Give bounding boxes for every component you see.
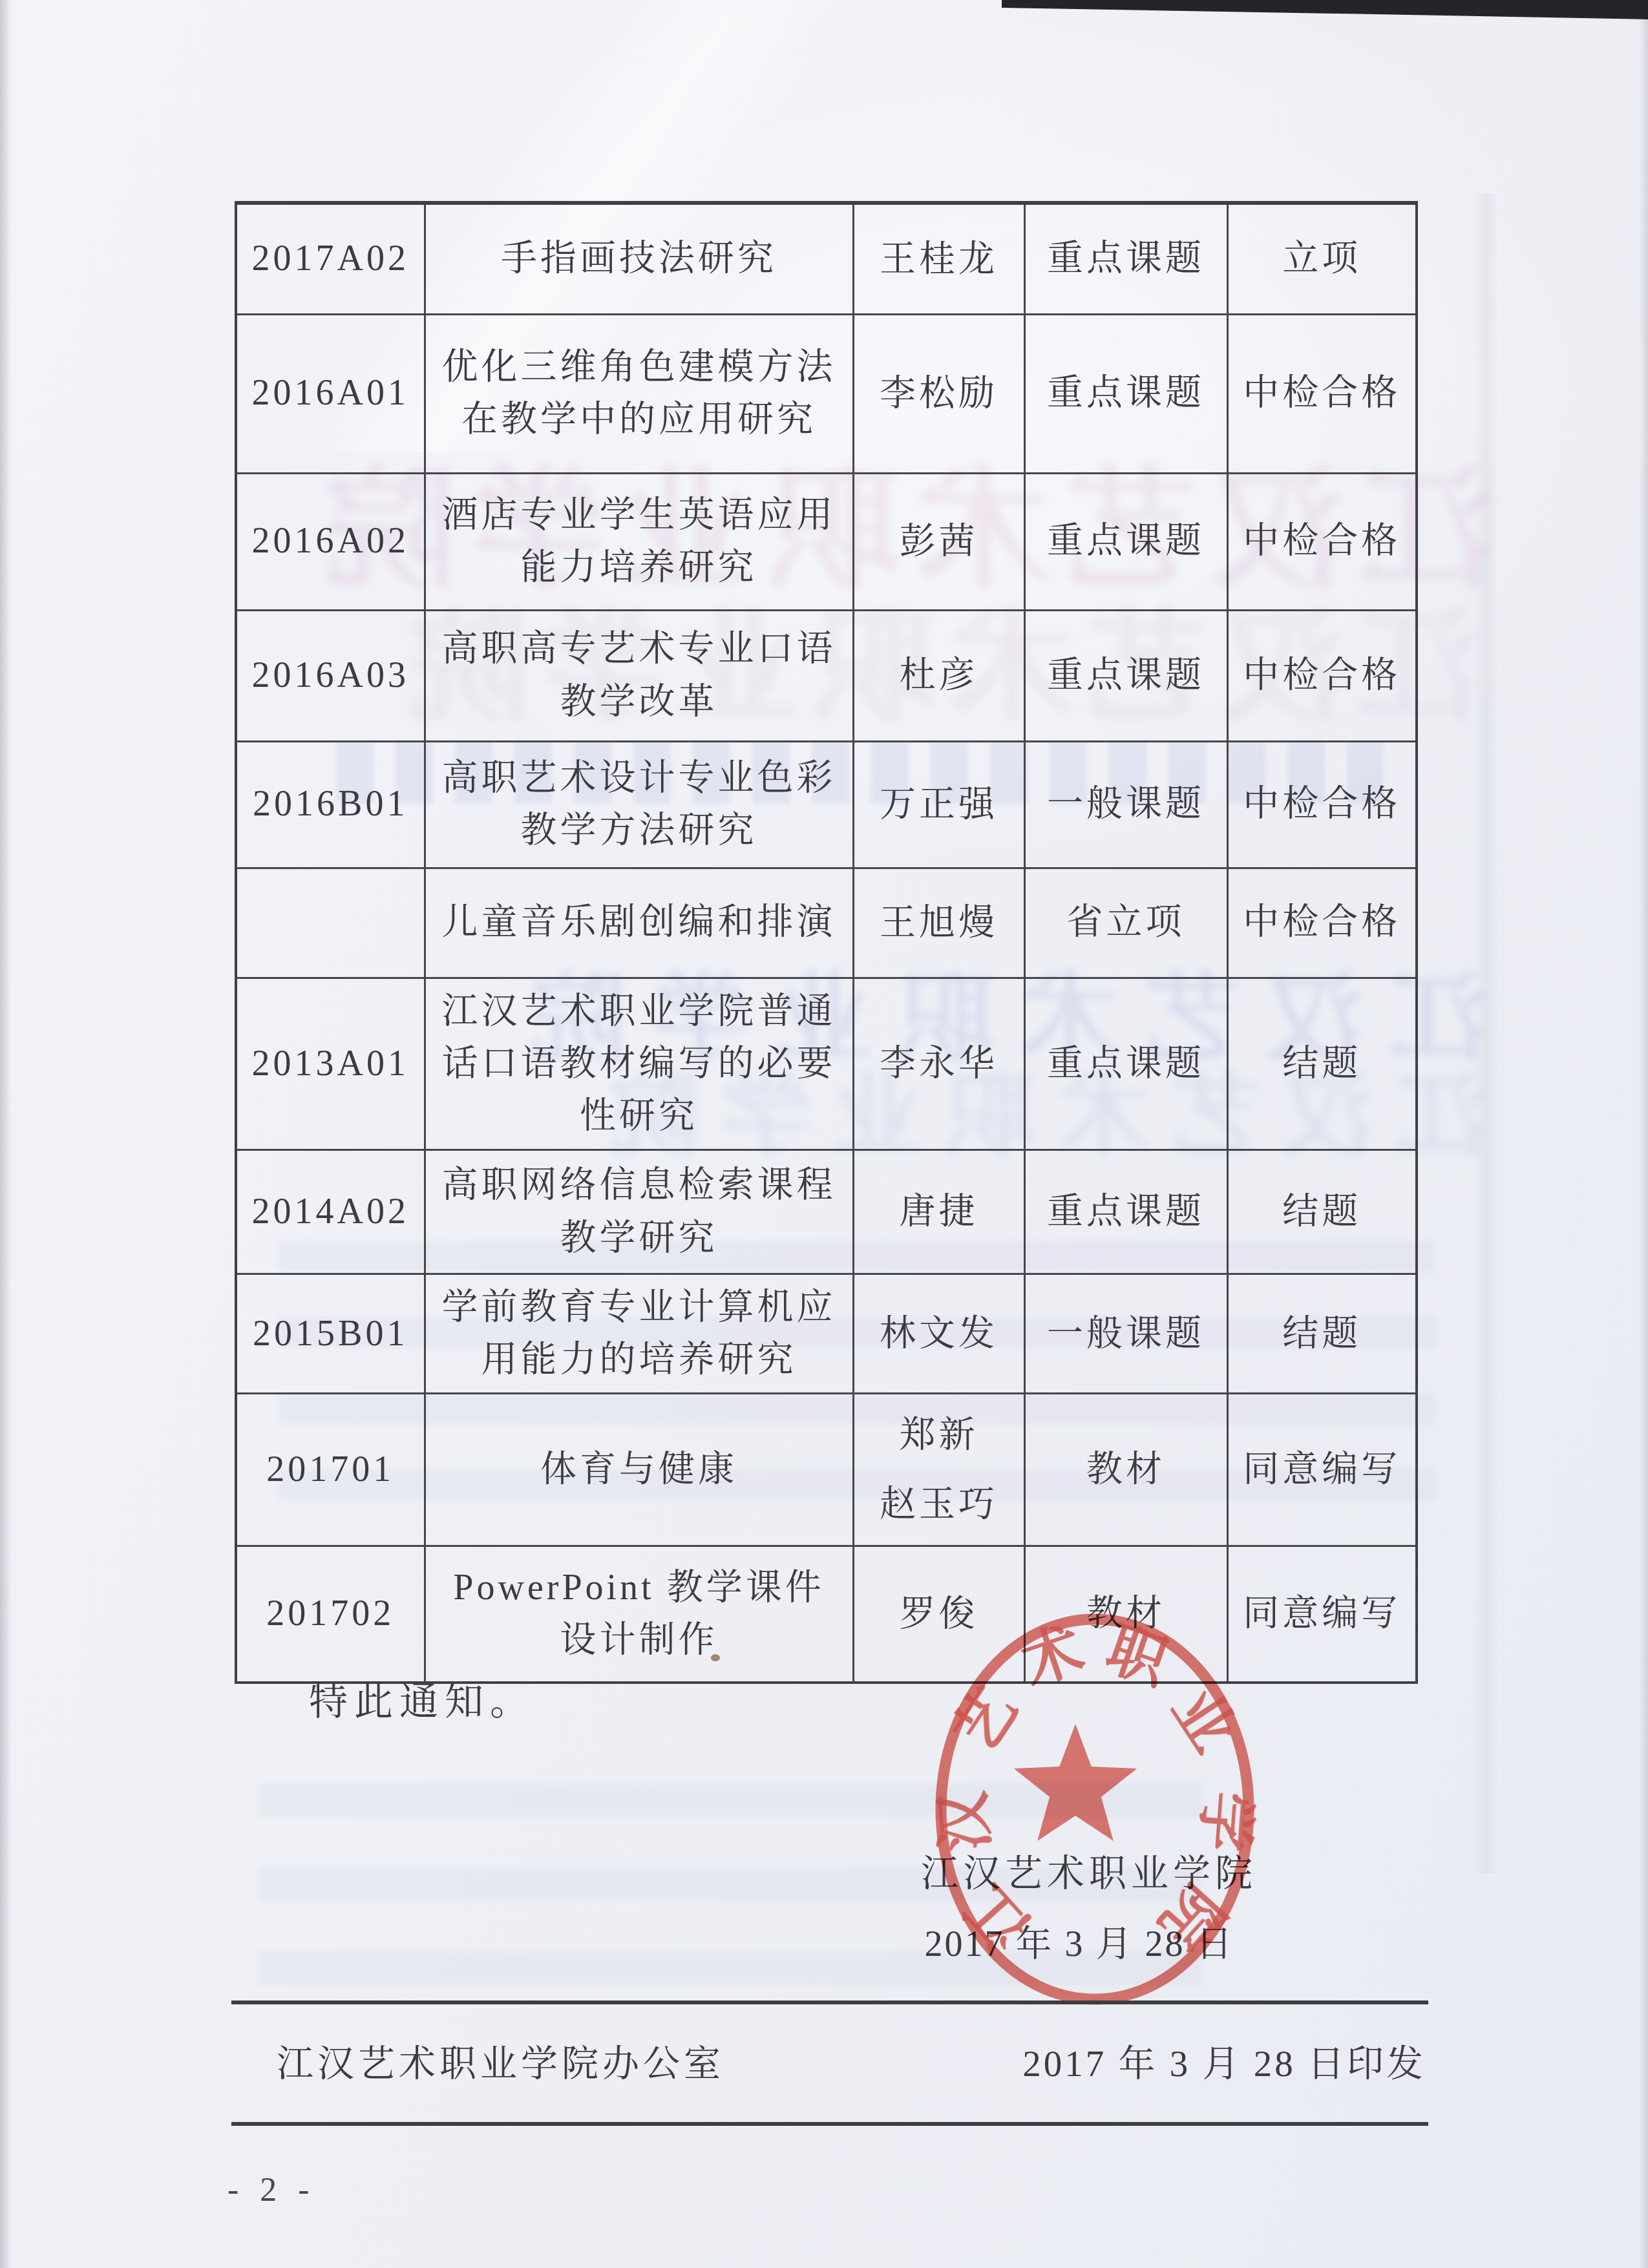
cell-title: PowerPoint 教学课件设计制作 [425,1546,853,1683]
table-row: 2016A01优化三维角色建模方法在教学中的应用研究李松励重点课题中检合格 [236,314,1417,473]
table-row: 儿童音乐剧创编和排演王旭熳省立项中检合格 [236,868,1417,978]
cell-category: 省立项 [1024,868,1227,978]
seal-char: 江 [953,1873,1042,1962]
table-row: 2014A02高职网络信息检索课程教学研究唐捷重点课题结题 [236,1150,1417,1274]
cell-category: 重点课题 [1024,978,1227,1150]
projects-table: 2017A02手指画技法研究王桂龙重点课题立项2016A01优化三维角色建模方法… [235,201,1418,1684]
seal-char: 职 [1098,1615,1177,1697]
cell-category: 重点课题 [1024,1150,1227,1274]
cell-title: 手指画技法研究 [425,203,853,314]
cell-category: 重点课题 [1024,610,1227,741]
cell-status: 立项 [1227,203,1417,314]
scan-edge-shadow-right [1639,0,1648,2268]
cell-leader: 万正强 [853,741,1024,868]
cell-code: 2016A01 [236,314,425,473]
seal-char: 术 [1014,1615,1092,1697]
cell-category: 重点课题 [1024,203,1227,314]
cell-status: 结题 [1227,1150,1417,1274]
footer-issue-date: 2017 年 3 月 28 日印发 [1022,2034,1426,2087]
cell-leader: 李松励 [853,314,1024,473]
cell-leader: 林文发 [853,1274,1024,1394]
cell-category: 重点课题 [1024,473,1227,610]
cell-code: 2016A02 [236,473,425,610]
cell-title: 高职网络信息检索课程教学研究 [425,1150,853,1274]
seal-char: 艺 [942,1677,1030,1763]
scan-artifact-top-strip [1002,0,1648,19]
footer-divider-top [231,2000,1428,2004]
cell-title: 优化三维角色建模方法在教学中的应用研究 [425,314,853,473]
page-number: - 2 - [227,2171,316,2209]
cell-code [236,868,425,978]
seal-char: 院 [1147,1873,1236,1962]
table-row: 201701体育与健康郑新 赵玉巧教材同意编写 [236,1394,1417,1546]
table-row: 2017A02手指画技法研究王桂龙重点课题立项 [236,203,1417,314]
cell-status: 中检合格 [1227,473,1417,610]
cell-code: 201701 [236,1394,425,1546]
cell-leader: 杜彦 [853,610,1024,741]
cell-status: 中检合格 [1227,868,1417,978]
cell-code: 2013A01 [236,978,425,1150]
cell-status: 同意编写 [1227,1394,1417,1546]
cell-category: 重点课题 [1024,314,1227,473]
seal-char: 汉 [929,1789,1000,1853]
cell-title: 江汉艺术职业学院普通话口语教材编写的必要性研究 [425,978,853,1150]
closing-notice: 特此通知。 [309,1671,535,1727]
seal-star [1014,1724,1137,1841]
cell-code: 2016A03 [236,610,425,741]
cell-title: 儿童音乐剧创编和排演 [425,868,853,978]
cell-title: 体育与健康 [425,1394,853,1546]
cell-title: 学前教育专业计算机应用能力的培养研究 [425,1274,853,1394]
cell-category: 一般课题 [1024,1274,1227,1394]
cell-code: 201702 [236,1546,425,1683]
seal-char: 学 [1190,1789,1260,1853]
cell-code: 2015B01 [236,1274,425,1394]
table-row: 2013A01江汉艺术职业学院普通话口语教材编写的必要性研究李永华重点课题结题 [236,978,1417,1150]
cell-leader: 郑新 赵玉巧 [853,1394,1024,1546]
cell-leader: 彭茜 [853,473,1024,610]
scanned-page: 江汉艺术职业学院 江汉艺术职业学院 江汉艺术职业学院 江汉艺术职业学院 2017… [0,0,1648,2268]
cell-leader: 王桂龙 [853,203,1024,314]
table-row: 2016A02酒店专业学生英语应用能力培养研究彭茜重点课题中检合格 [236,473,1417,610]
cell-status: 结题 [1227,978,1417,1150]
cell-code: 2014A02 [236,1150,425,1274]
cell-status: 中检合格 [1227,610,1417,741]
cell-category: 教材 [1024,1394,1227,1546]
scan-edge-shadow-left [0,0,12,2268]
cell-code: 2016B01 [236,741,425,868]
cell-title: 高职艺术设计专业色彩教学方法研究 [425,741,853,868]
cell-leader: 唐捷 [853,1150,1024,1274]
official-seal: 江汉艺术职业学院 [925,1606,1264,2015]
paper-crease [1474,194,1499,1874]
table-row: 2016B01高职艺术设计专业色彩教学方法研究万正强一般课题中检合格 [236,741,1417,868]
cell-leader: 李永华 [853,978,1024,1150]
table-row: 2015B01学前教育专业计算机应用能力的培养研究林文发一般课题结题 [236,1274,1417,1394]
cell-code: 2017A02 [236,203,425,314]
cell-category: 一般课题 [1024,741,1227,868]
table-row: 2016A03高职高专艺术专业口语教学改革杜彦重点课题中检合格 [236,610,1417,741]
cell-title: 高职高专艺术专业口语教学改革 [425,610,853,741]
seal-char: 业 [1160,1677,1248,1763]
cell-status: 中检合格 [1227,741,1417,868]
cell-leader: 王旭熳 [853,868,1024,978]
cell-status: 结题 [1227,1274,1417,1394]
cell-status: 中检合格 [1227,314,1417,473]
footer-divider-bottom [231,2122,1428,2126]
cell-title: 酒店专业学生英语应用能力培养研究 [425,473,853,610]
footer-office: 江汉艺术职业学院办公室 [277,2034,724,2087]
